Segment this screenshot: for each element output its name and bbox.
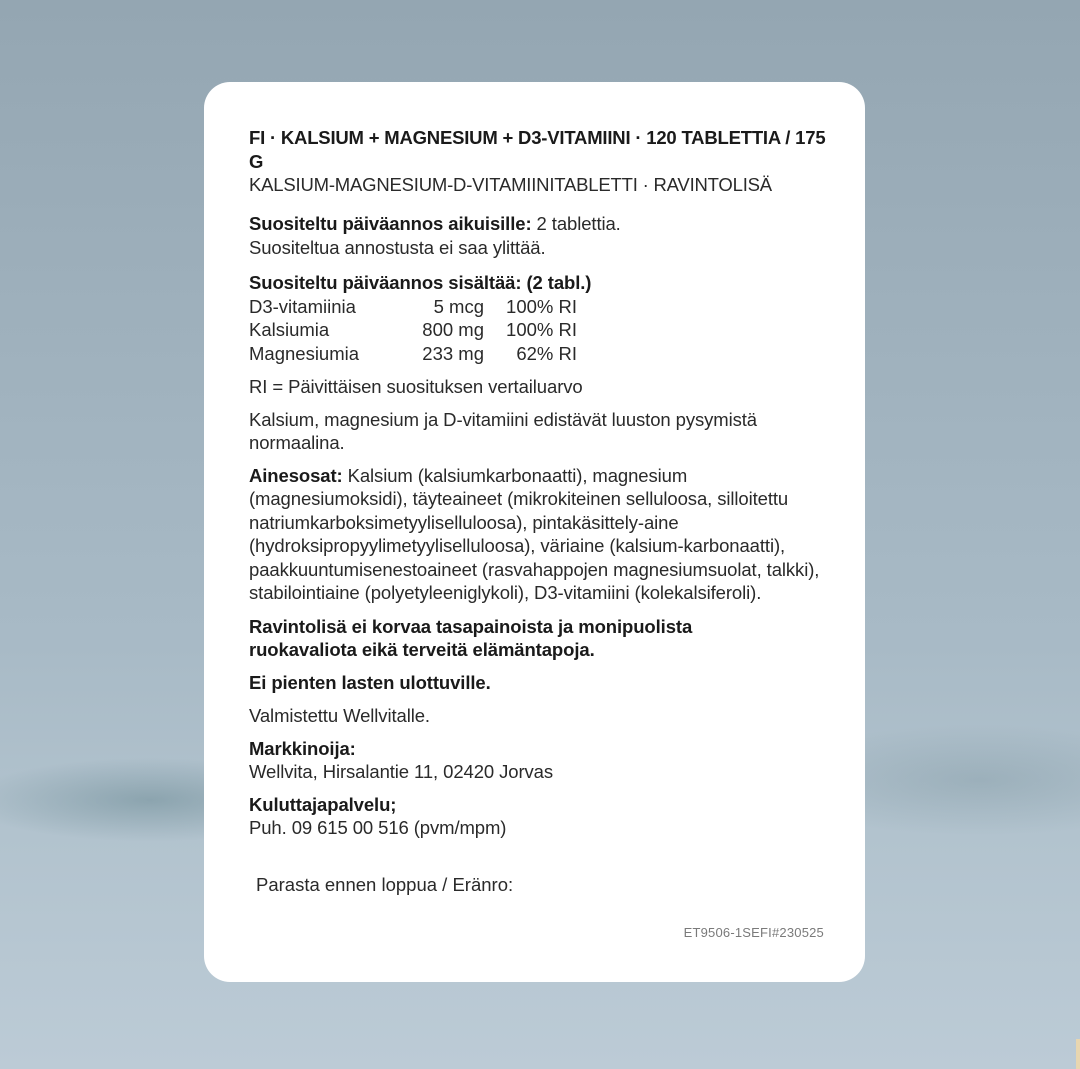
nutrient-name: Kalsiumia xyxy=(249,318,389,342)
nutrient-amount: 800 mg xyxy=(389,318,484,342)
dosage-section: Suositeltu päiväannos aikuisille: 2 tabl… xyxy=(249,212,835,259)
nutrient-amount: 233 mg xyxy=(389,342,484,366)
health-claim: Kalsium, magnesium ja D-vitamiini edistä… xyxy=(249,408,769,455)
nutrient-ri: 100% RI xyxy=(484,318,579,342)
dosage-value: 2 tablettia. xyxy=(532,213,621,234)
dosage-heading: Suositeltu päiväannos aikuisille: xyxy=(249,213,532,234)
customer-service-phone: Puh. 09 615 00 516 (pvm/mpm) xyxy=(249,816,835,840)
dosage-warning: Suositeltua annostusta ei saa ylittää. xyxy=(249,236,835,260)
ingredients-heading: Ainesosat: xyxy=(249,465,343,486)
nutrient-ri: 100% RI xyxy=(484,295,579,319)
nutrient-ri: 62% RI xyxy=(484,342,579,366)
ri-note: RI = Päivittäisen suosituksen vertailuar… xyxy=(249,375,835,399)
dosage-line: Suositeltu päiväannos aikuisille: 2 tabl… xyxy=(249,212,835,236)
ingredients-section: Ainesosat: Kalsium (kalsiumkarbonaatti),… xyxy=(249,464,834,605)
marketer-heading: Markkinoija: xyxy=(249,737,835,761)
customer-service-heading: Kuluttajapalvelu; xyxy=(249,793,835,817)
child-warning: Ei pienten lasten ulottuville. xyxy=(249,671,835,695)
nutrient-name: D3-vitamiinia xyxy=(249,295,389,319)
background-accent xyxy=(1076,1039,1080,1069)
nutrition-section: Suositeltu päiväannos sisältää: (2 tabl.… xyxy=(249,271,835,365)
marketer-section: Markkinoija: Wellvita, Hirsalantie 11, 0… xyxy=(249,737,835,784)
product-title: FI · KALSIUM + MAGNESIUM + D3-VITAMIINI … xyxy=(249,126,835,174)
product-subtitle: KALSIUM-MAGNESIUM-D-VITAMIINITABLETTI · … xyxy=(249,174,835,196)
product-code: ET9506-1SEFI#230525 xyxy=(684,925,824,940)
nutrient-name: Magnesiumia xyxy=(249,342,389,366)
customer-service-section: Kuluttajapalvelu; Puh. 09 615 00 516 (pv… xyxy=(249,793,835,840)
label-card: FI · KALSIUM + MAGNESIUM + D3-VITAMIINI … xyxy=(204,82,865,982)
manufactured-for: Valmistettu Wellvitalle. xyxy=(249,704,835,728)
nutrition-table: D3-vitamiinia 5 mcg 100% RI Kalsiumia 80… xyxy=(249,295,835,366)
best-before-label: Parasta ennen loppua / Eränro: xyxy=(256,873,835,897)
nutrient-amount: 5 mcg xyxy=(389,295,484,319)
nutrition-heading: Suositeltu päiväannos sisältää: (2 tabl.… xyxy=(249,271,835,295)
marketer-address: Wellvita, Hirsalantie 11, 02420 Jorvas xyxy=(249,760,835,784)
disclaimer: Ravintolisä ei korvaa tasapainoista ja m… xyxy=(249,615,769,662)
